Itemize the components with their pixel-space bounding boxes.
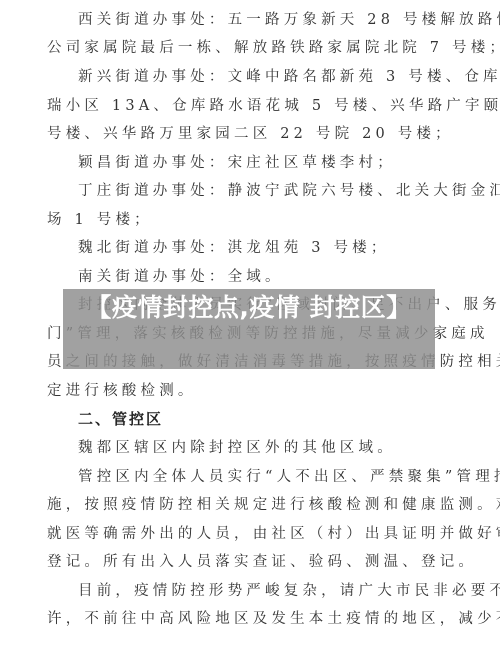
text-line-dingzhuang-cont: 场 1 号楼； (47, 210, 433, 230)
text-line-notice: 目前，疫情防控形势严峻复杂，请广大市民非必要不离 (78, 581, 433, 601)
text-line-xiguan: 西关街道办事处：五一路万象新天 28 号楼解放路恒生 (78, 10, 433, 30)
text-line-xinxing: 新兴街道办事处：文峰中路名都新苑 3 号楼、仓库路金 (78, 67, 433, 87)
text-line-guankong-scope: 魏都区辖区内除封控区外的其他区域。 (78, 438, 433, 458)
text-line-xinxing-cont-2: 号楼、兴华路万里家园二区 22 号院 20 号楼； (47, 124, 433, 144)
text-line-xinxing-cont-1: 瑞小区 13A、仓库路水语花城 5 号楼、兴华路广宇颐景园 5 (47, 96, 433, 116)
text-line-guankong-rules-cont-2: 就医等确需外出的人员，由社区（村）出具证明并做好审核 (47, 524, 433, 544)
text-line-guankong-rules-cont-3: 登记。所有出入人员落实查证、验码、测温、登记。 (47, 552, 433, 572)
section-heading-guankong: 二、管控区 (78, 409, 163, 429)
overlay-title: 【疫情封控点,疫情 封控区】 (63, 291, 435, 324)
text-line-notice-cont: 许，不前往中高风险地区及发生本土疫情的地区，减少不必 (47, 609, 433, 629)
text-line-weibei: 魏北街道办事处：淇龙俎苑 3 号楼； (78, 238, 433, 258)
text-line-fengkong-rules-cont-3: 定进行核酸检测。 (47, 381, 433, 401)
text-line-yingchang: 颖昌街道办事处：宋庄社区草楼李村； (78, 153, 433, 173)
text-line-xiguan-cont: 公司家属院最后一栋、解放路铁路家属院北院 7 号楼； (47, 38, 433, 58)
text-line-dingzhuang: 丁庄街道办事处：静波宁武院六号楼、北关大街金汇广 (78, 181, 433, 201)
text-line-guankong-rules: 管控区内全体人员实行“人不出区、严禁聚集”管理措 (78, 467, 433, 487)
text-line-nanguan: 南关街道办事处：全域。 (78, 267, 433, 287)
text-line-guankong-rules-cont-1: 施，按照疫情防控相关规定进行核酸检测和健康监测。对因 (47, 495, 433, 515)
